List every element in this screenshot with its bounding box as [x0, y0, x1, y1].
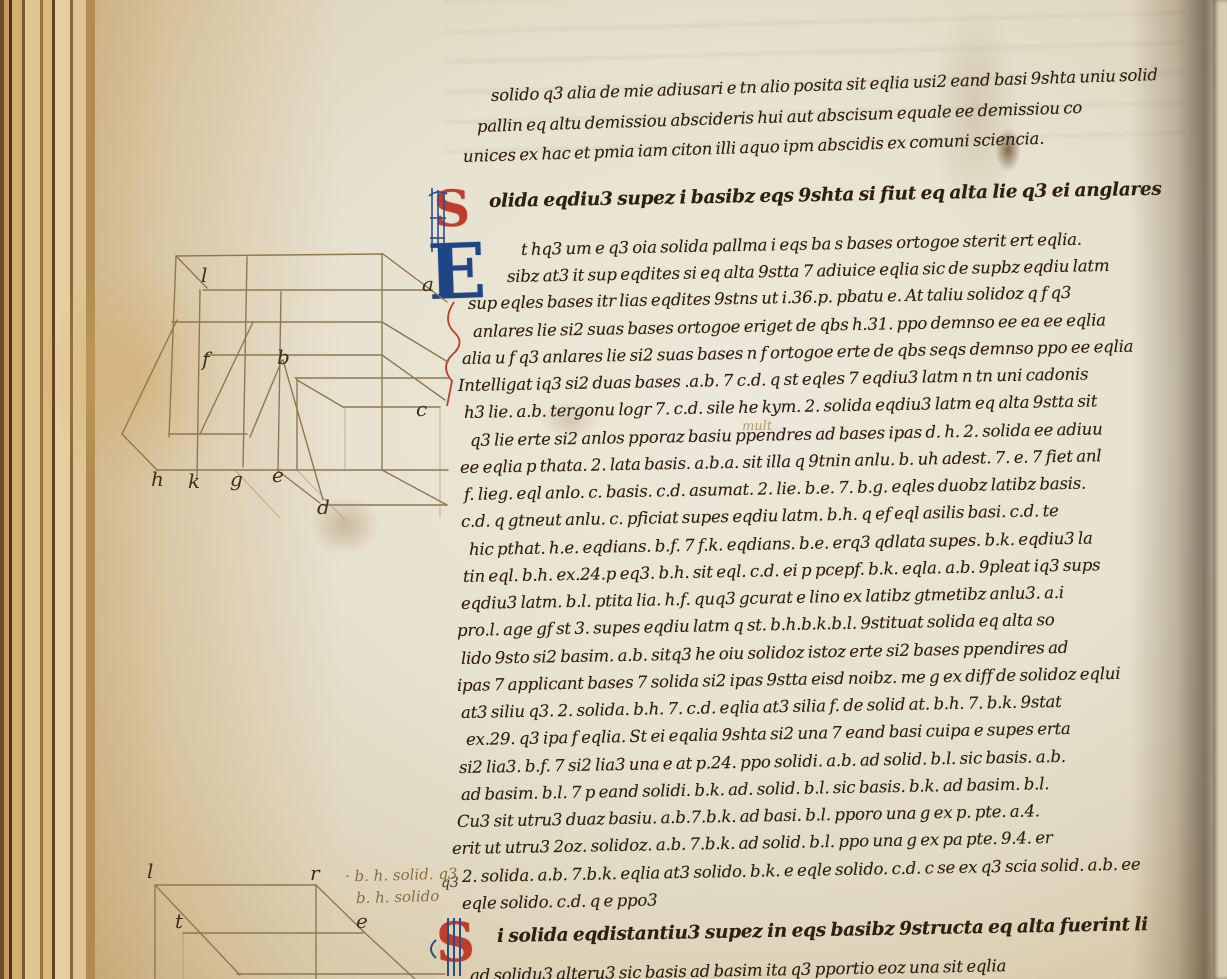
diagram-label: f — [200, 347, 213, 371]
diagram-caption-line2: b. h. solido — [356, 887, 440, 908]
interlinear-gloss: mult — [742, 420, 772, 434]
gutter-shadow — [1130, 0, 1215, 979]
diagram-label: a — [422, 272, 434, 296]
diagram-label: l — [201, 263, 207, 287]
diagram-label: e — [356, 909, 368, 933]
diagram-label: g — [230, 467, 243, 491]
diagram-label: t — [175, 909, 184, 933]
next-page-edge — [1213, 0, 1227, 979]
manuscript-page: solido q3 alia de mie adiusari e tn alio… — [0, 0, 1227, 979]
geometry-diagram-parallelepipeds: l a f b c h k g e d — [95, 248, 460, 525]
text-line: eqle solido. c.d. q e ppo3 — [462, 892, 658, 912]
diagram-label: r — [310, 862, 321, 885]
diagram-label: c — [416, 397, 427, 421]
book-page-edges — [0, 0, 95, 979]
diagram-label: k — [188, 469, 200, 493]
diagram-label: b — [277, 345, 290, 369]
diagram-label: e — [272, 463, 284, 487]
diagram-label: d — [317, 495, 330, 519]
diagram-label: l — [147, 862, 153, 883]
diagram-label: h — [151, 467, 164, 491]
diagram-caption-line1: · b. h. solid. q3 — [345, 865, 458, 887]
